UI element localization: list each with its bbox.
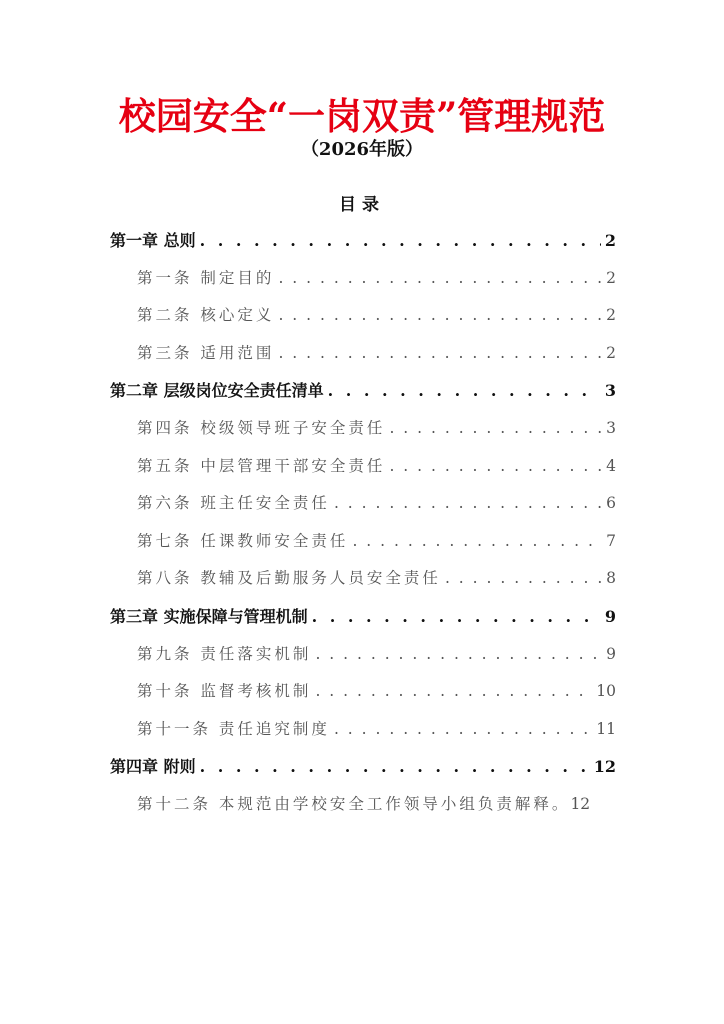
dot-leader xyxy=(315,673,592,711)
toc-page-number: 2 xyxy=(606,297,616,335)
toc-page-number: 4 xyxy=(606,448,616,486)
dot-leader xyxy=(200,748,590,786)
toc-article-11[interactable]: 第十一条 责任追究制度11 xyxy=(110,711,616,749)
toc-label: 第一章 总则 xyxy=(110,222,196,260)
toc-page-number: 11 xyxy=(596,711,616,749)
toc-article-1[interactable]: 第一条 制定目的2 xyxy=(110,260,616,298)
toc-label: 第三章 实施保障与管理机制 xyxy=(110,598,308,636)
toc-chapter-1[interactable]: 第一章 总则2 xyxy=(110,222,616,260)
toc-label: 第十二条 本规范由学校安全工作领导小组负责解释。 xyxy=(137,786,570,824)
dot-leader xyxy=(278,260,602,298)
toc-label: 第七条 任课教师安全责任 xyxy=(137,523,348,561)
toc-label: 第八条 教辅及后勤服务人员安全责任 xyxy=(137,560,441,598)
document-subtitle: （2026年版） xyxy=(0,135,724,161)
toc-label: 第九条 责任落实机制 xyxy=(137,636,311,674)
toc-page-number: 7 xyxy=(606,523,616,561)
dot-leader xyxy=(389,410,602,448)
toc-page-number: 3 xyxy=(606,410,616,448)
toc-article-8[interactable]: 第八条 教辅及后勤服务人员安全责任8 xyxy=(110,560,616,598)
toc-page-number: 12 xyxy=(594,748,616,786)
toc-page-number: 2 xyxy=(606,260,616,298)
toc-label: 第一条 制定目的 xyxy=(137,260,274,298)
toc-page-number: 9 xyxy=(606,636,616,674)
dot-leader xyxy=(334,711,592,749)
toc-page-number: 3 xyxy=(605,372,616,410)
toc-article-9[interactable]: 第九条 责任落实机制9 xyxy=(110,636,616,674)
toc-article-2[interactable]: 第二条 核心定义2 xyxy=(110,297,616,335)
toc-page-number: 6 xyxy=(606,485,616,523)
toc-page-number: 12 xyxy=(570,786,590,824)
toc-label: 第二条 核心定义 xyxy=(137,297,274,335)
toc-chapter-3[interactable]: 第三章 实施保障与管理机制9 xyxy=(110,598,616,636)
toc-article-7[interactable]: 第七条 任课教师安全责任7 xyxy=(110,523,616,561)
toc-page-number: 10 xyxy=(596,673,616,711)
toc-article-5[interactable]: 第五条 中层管理干部安全责任4 xyxy=(110,448,616,486)
toc-label: 第十条 监督考核机制 xyxy=(137,673,311,711)
toc-article-12[interactable]: 第十二条 本规范由学校安全工作领导小组负责解释。12 xyxy=(110,786,616,824)
toc-article-10[interactable]: 第十条 监督考核机制10 xyxy=(110,673,616,711)
toc-heading: 目录 xyxy=(0,190,724,215)
toc-chapter-2[interactable]: 第二章 层级岗位安全责任清单3 xyxy=(110,372,616,410)
dot-leader xyxy=(445,560,602,598)
toc-article-6[interactable]: 第六条 班主任安全责任6 xyxy=(110,485,616,523)
toc-article-4[interactable]: 第四条 校级领导班子安全责任3 xyxy=(110,410,616,448)
dot-leader xyxy=(334,485,602,523)
dot-leader xyxy=(315,636,602,674)
toc-label: 第五条 中层管理干部安全责任 xyxy=(137,448,385,486)
dot-leader xyxy=(328,372,601,410)
toc-label: 第二章 层级岗位安全责任清单 xyxy=(110,372,324,410)
dot-leader xyxy=(312,598,601,636)
dot-leader xyxy=(278,335,602,373)
toc-label: 第四条 校级领导班子安全责任 xyxy=(137,410,385,448)
toc-label: 第六条 班主任安全责任 xyxy=(137,485,330,523)
toc-label: 第四章 附则 xyxy=(110,748,196,786)
toc-chapter-4[interactable]: 第四章 附则12 xyxy=(110,748,616,786)
document-title: 校园安全“一岗双责”管理规范 xyxy=(0,86,724,140)
table-of-contents: 第一章 总则2 第一条 制定目的2 第二条 核心定义2 第三条 适用范围2 第二… xyxy=(110,222,616,824)
toc-label: 第十一条 责任追究制度 xyxy=(137,711,330,749)
dot-leader xyxy=(389,448,602,486)
toc-page-number: 2 xyxy=(606,335,616,373)
toc-label: 第三条 适用范围 xyxy=(137,335,274,373)
dot-leader xyxy=(352,523,602,561)
dot-leader xyxy=(278,297,602,335)
dot-leader xyxy=(200,222,601,260)
toc-article-3[interactable]: 第三条 适用范围2 xyxy=(110,335,616,373)
toc-page-number: 8 xyxy=(606,560,616,598)
toc-page-number: 9 xyxy=(605,598,616,636)
toc-page-number: 2 xyxy=(605,222,616,260)
